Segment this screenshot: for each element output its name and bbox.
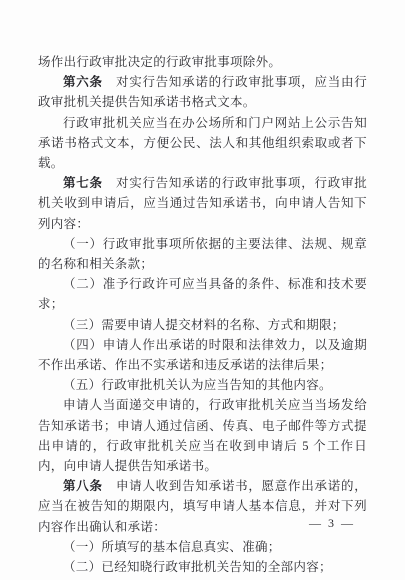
paragraph-text: （二）准予行政许可应当具备的条件、标准和技术要求；: [38, 277, 367, 311]
paragraph-text: （四）申请人作出承诺的时限和法律效力，以及逾期不作出承诺、作出不实承诺和违反承诺…: [38, 338, 367, 372]
article-number: 第七条: [63, 176, 103, 190]
paragraph-text: （三）需要申请人提交材料的名称、方式和期限；: [63, 318, 345, 332]
paragraph-text: （一）所填写的基本信息真实、准确；: [63, 540, 281, 554]
body-paragraph: 场作出行政审批决定的行政审批事项除外。: [38, 52, 367, 72]
paragraph-text: （五）行政审批机关认为应当告知的其他内容。: [63, 378, 332, 392]
article-paragraph: 第六条 对实行告知承诺的行政审批事项，应当由行政审批机关提供告知承诺书格式文本。: [38, 72, 367, 112]
body-paragraph: （二）准予行政许可应当具备的条件、标准和技术要求；: [38, 274, 367, 314]
document-page: 场作出行政审批决定的行政审批事项除外。第六条 对实行告知承诺的行政审批事项，应当…: [0, 0, 405, 580]
body-paragraph: （一）所填写的基本信息真实、准确；: [38, 537, 367, 557]
body-paragraph: 申请人当面递交申请的，行政审批机关应当当场发给告知承诺书；申请人通过信函、传真、…: [38, 395, 367, 476]
body-paragraph: （五）行政审批机关认为应当告知的其他内容。: [38, 375, 367, 395]
page-number: — 3 —: [309, 516, 355, 531]
paragraph-text: 场作出行政审批决定的行政审批事项除外。: [38, 55, 281, 69]
article-number: 第六条: [63, 75, 103, 89]
body-paragraph: （一）行政审批事项所依据的主要法律、法规、规章的名称和相关条款；: [38, 234, 367, 274]
document-body: 场作出行政审批决定的行政审批事项除外。第六条 对实行告知承诺的行政审批事项，应当…: [38, 52, 367, 577]
paragraph-text: 申请人当面递交申请的，行政审批机关应当当场发给告知承诺书；申请人通过信函、传真、…: [38, 398, 367, 473]
body-paragraph: （三）需要申请人提交材料的名称、方式和期限；: [38, 315, 367, 335]
paragraph-text: （一）行政审批事项所依据的主要法律、法规、规章的名称和相关条款；: [38, 237, 367, 271]
article-number: 第八条: [63, 479, 103, 493]
paragraph-text: （二）已经知晓行政审批机关告知的全部内容；: [63, 560, 332, 574]
paragraph-text: 行政审批机关应当在办公场所和门户网站上公示告知承诺书格式文本，方便公民、法人和其…: [38, 116, 367, 170]
body-paragraph: （四）申请人作出承诺的时限和法律效力，以及逾期不作出承诺、作出不实承诺和违反承诺…: [38, 335, 367, 375]
body-paragraph: 行政审批机关应当在办公场所和门户网站上公示告知承诺书格式文本，方便公民、法人和其…: [38, 113, 367, 174]
article-paragraph: 第七条 对实行告知承诺的行政审批事项，行政审批机关收到申请后，应当通过告知承诺书…: [38, 173, 367, 234]
body-paragraph: （二）已经知晓行政审批机关告知的全部内容；: [38, 557, 367, 577]
